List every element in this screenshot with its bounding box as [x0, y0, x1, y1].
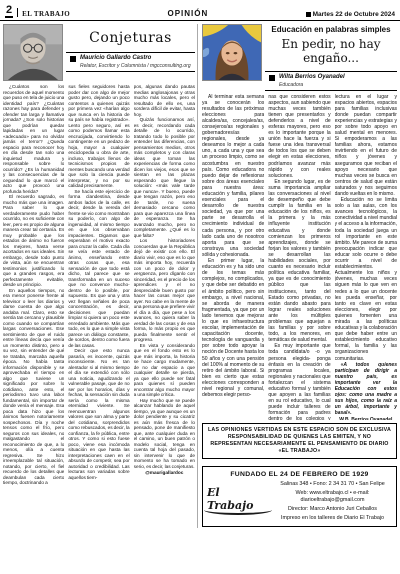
footer-contact-lines: Salinas 348 • Fono: 2 34 31 70 • San Fel… — [273, 481, 392, 521]
left-article-column-3: pos, algunas dando pautas medias anglosa… — [134, 84, 195, 528]
left-article-title: Conjeturas — [66, 30, 195, 46]
article-educacion: Educación en palabras simples En pedir, … — [198, 21, 400, 528]
el-trabajo-logo-text: El Trabajo — [207, 486, 269, 516]
page-body: Conjeturas Mauricio Gallardo Castro Rela… — [0, 21, 400, 528]
page-header: 2 EL TRABAJO OPINIÓN Martes 22 de Octubr… — [0, 0, 400, 21]
issue-date: Martes 22 de Octubre 2024 — [306, 11, 395, 18]
right-article-titleblock: Educación en palabras simples En pedir, … — [265, 24, 397, 91]
header-left: 2 EL TRABAJO — [5, 5, 70, 18]
right-article-column-2: nas que consideren estos aspectos, aun s… — [268, 94, 330, 420]
right-article-column-1: Al terminar esta semana ya se conocerán … — [202, 94, 264, 420]
right-article-columns: Al terminar esta semana ya se conocerán … — [202, 94, 397, 420]
left-author-role: Relator, Escritor y Columnista / mgccons… — [80, 63, 191, 69]
footer-printed: Impreso en los talleres de Diario El Tra… — [273, 515, 392, 521]
brand-name: EL TRABAJO — [22, 10, 70, 18]
right-article-header: Educación en palabras simples En pedir, … — [202, 24, 397, 91]
left-article-column-1: ¿Cuántos son los recuerdos de aquel mome… — [3, 84, 64, 528]
article-conjeturas: Conjeturas Mauricio Gallardo Castro Rela… — [0, 21, 197, 528]
right-author-name: Wilta Berrios Oyanadel — [279, 74, 345, 82]
opinions-disclaimer: LAS OPINIONES VERTIDAS EN ESTE ESPACIO S… — [202, 423, 397, 460]
author-photo-mauricio-gallardo — [3, 24, 63, 81]
byline-square-icon — [269, 75, 275, 81]
left-article-column-2: sus fieles seguidores hasta poder dar co… — [68, 84, 129, 528]
right-article-column-3: lectura en el lugar y espacios abiertos,… — [335, 94, 397, 420]
footer-web-email: Web: www.eltrabajo.cl • e-mail: diarioel… — [273, 490, 392, 503]
issue-date-text: Martes 22 de Octubre 2024 — [313, 11, 395, 18]
right-article-byline: Wilta Berrios Oyanadel Educadora — [265, 71, 397, 91]
el-trabajo-logo: El Trabajo — [207, 481, 269, 521]
header-divider — [17, 8, 18, 17]
color-portrait-icon — [203, 25, 261, 80]
right-article-kicker: Educación en palabras simples — [265, 25, 397, 34]
left-article-header: Conjeturas Mauricio Gallardo Castro Rela… — [3, 24, 195, 81]
byline-square-icon — [70, 56, 76, 62]
newspaper-footer: FUNDADO EL 24 DE FEBRERO DE 1929 El Trab… — [202, 466, 397, 527]
right-article-title: En pedir, no hay engaño... — [265, 37, 397, 65]
left-article-titleblock: Conjeturas Mauricio Gallardo Castro Rela… — [66, 24, 195, 81]
author-photo-wilta-berrios — [202, 24, 262, 81]
left-article-columns: ¿Cuántos son los recuerdos de aquel mome… — [3, 84, 195, 528]
square-bullet-icon — [306, 12, 311, 17]
left-article-byline: Mauricio Gallardo Castro Relator, Escrit… — [66, 52, 195, 72]
right-author-role: Educadora — [279, 82, 345, 88]
section-title: OPINIÓN — [168, 9, 209, 18]
footer-director: Director: Marco Antonio Juri Ceballos — [273, 506, 392, 512]
founded-line: FUNDADO EL 24 DE FEBRERO DE 1929 — [207, 471, 392, 478]
footer-address: Salinas 348 • Fono: 2 34 31 70 • San Fel… — [273, 481, 392, 487]
left-author-name: Mauricio Gallardo Castro — [80, 55, 191, 63]
grayscale-portrait-icon — [4, 25, 62, 80]
page-number: 2 — [5, 5, 13, 18]
newspaper-page: 2 EL TRABAJO OPINIÓN Martes 22 de Octubr… — [0, 0, 400, 574]
